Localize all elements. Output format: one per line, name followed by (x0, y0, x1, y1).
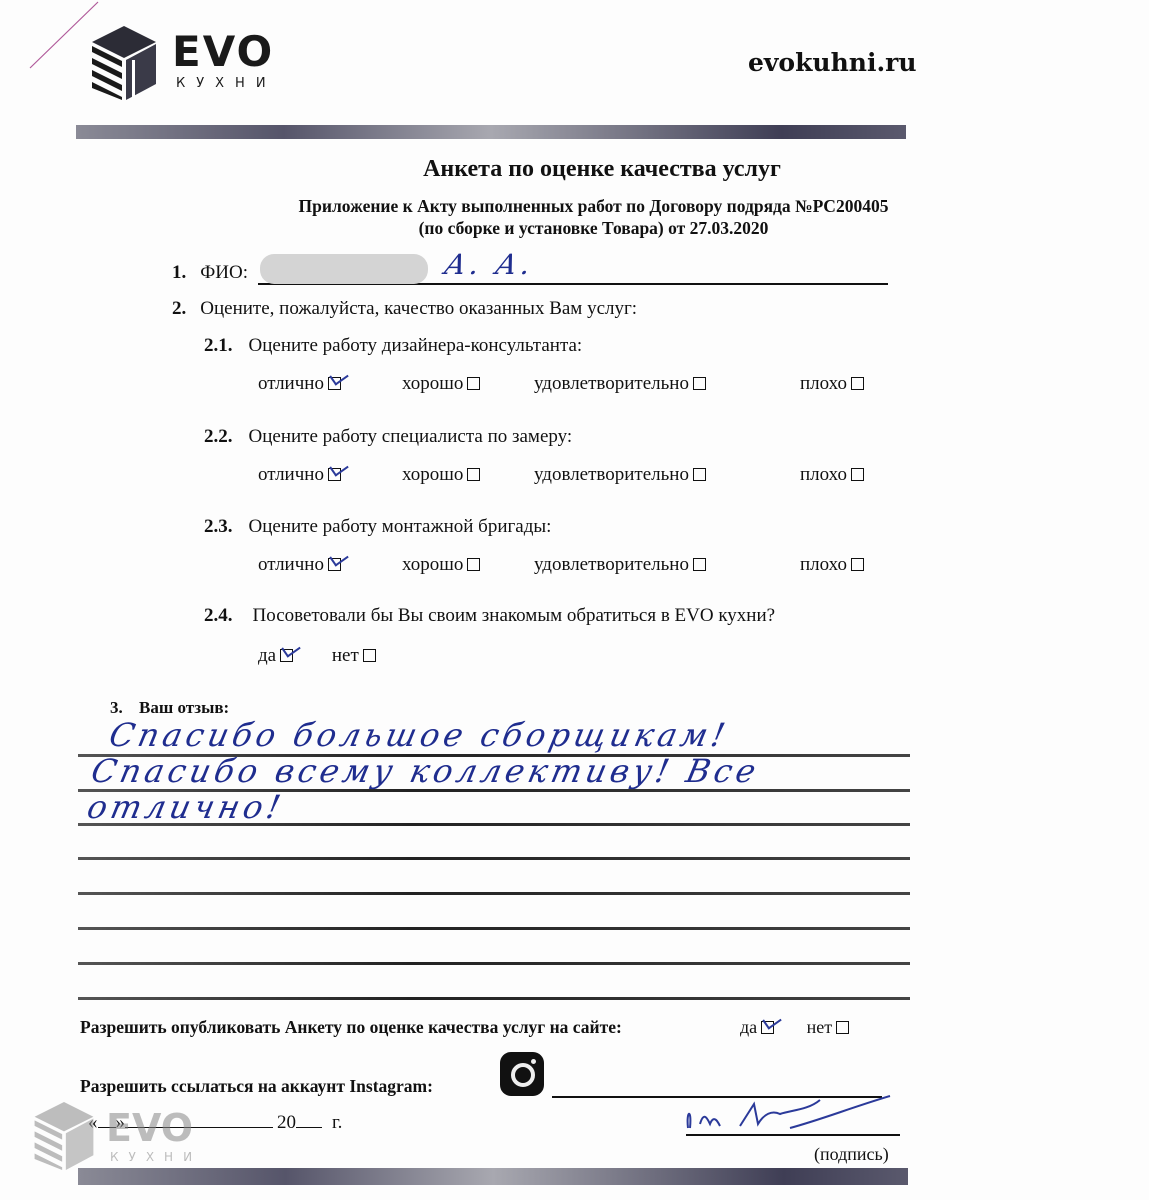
signature-caption: (подпись) (814, 1144, 889, 1165)
date-year-prefix: 20 (277, 1112, 296, 1133)
rating-question: 2.3.Оцените работу монтажной бригады: (204, 516, 551, 538)
question-label: Оцените работу монтажной бригады: (249, 516, 552, 537)
signature-handwritten[interactable] (680, 1090, 940, 1140)
question-number: 1. (172, 262, 186, 283)
option-label: плохо (800, 464, 847, 485)
question-number: 2.4. (204, 605, 233, 626)
instagram-icon (500, 1052, 544, 1096)
review-line (78, 997, 910, 1000)
rating-checkbox[interactable] (467, 558, 480, 571)
question-number: 3. (110, 698, 123, 717)
rating-option[interactable]: удовлетворительно (534, 373, 706, 395)
option-label: хорошо (402, 554, 463, 575)
question-label: Оцените работу специалиста по замеру: (249, 426, 573, 447)
rating-option[interactable]: хорошо (402, 554, 480, 576)
option-label: отлично (258, 373, 324, 394)
question-number: 2. (172, 298, 186, 319)
rating-checkbox[interactable] (851, 377, 864, 390)
review-line (78, 857, 910, 860)
review-line (78, 927, 910, 930)
option-label: нет (807, 1017, 833, 1037)
rating-option[interactable]: хорошо (402, 464, 480, 486)
option-label: отлично (258, 464, 324, 485)
option-label: отлично (258, 554, 324, 575)
rating-checkbox[interactable] (328, 558, 341, 571)
question-label: Ваш отзыв: (139, 698, 229, 717)
rating-checkbox[interactable] (693, 558, 706, 571)
cube-logo-icon (92, 26, 156, 100)
question-label: Оцените, пожалуйста, качество оказанных … (200, 298, 637, 319)
rating-question: 2.1.Оцените работу дизайнера-консультант… (204, 335, 582, 357)
logo-text: EVO (172, 30, 274, 74)
option-label: удовлетворительно (534, 464, 689, 485)
review-handwritten-line[interactable]: Спасибо большое сборщикам! (106, 716, 732, 754)
watermark-subtext: КУХНИ (110, 1150, 202, 1164)
rating-checkbox[interactable] (693, 377, 706, 390)
option-no[interactable]: нет (332, 645, 376, 666)
date-year-suffix: г. (332, 1112, 342, 1133)
rating-option[interactable]: отлично (258, 464, 341, 486)
question-number: 2.3. (204, 516, 233, 537)
form-title: Анкета по оценке качества услуг (0, 156, 1149, 183)
question-2-4: 2.4. Посоветовали бы Вы своим знакомым о… (204, 605, 775, 627)
rating-checkbox[interactable] (467, 377, 480, 390)
review-handwritten-line[interactable]: Спасибо всему коллективу! Все (88, 752, 763, 790)
rating-option[interactable]: плохо (800, 373, 864, 395)
checkbox-no[interactable] (363, 649, 376, 662)
option-label: да (258, 645, 276, 666)
fio-handwritten-value[interactable]: А. А. (441, 248, 537, 281)
brand-logo: EVO КУХНИ (92, 22, 292, 102)
rating-checkbox[interactable] (693, 468, 706, 481)
review-handwritten-line[interactable]: отлично! (84, 788, 288, 826)
rating-option[interactable]: плохо (800, 464, 864, 486)
question-number: 2.2. (204, 426, 233, 447)
recommend-options: да нет (258, 645, 376, 667)
rating-option[interactable]: удовлетворительно (534, 554, 706, 576)
option-label: да (740, 1017, 757, 1037)
cube-watermark-icon (34, 1102, 94, 1170)
redacted-name (260, 254, 428, 284)
publish-consent-label: Разрешить опубликовать Анкету по оценке … (80, 1017, 622, 1038)
form-subtitle-line1: Приложение к Акту выполненных работ по Д… (0, 196, 1149, 217)
header-divider (76, 125, 906, 139)
watermark-logo: EVO КУХНИ (34, 1102, 214, 1170)
question-label: Оцените работу дизайнера-консультанта: (249, 335, 583, 356)
footer-divider (78, 1168, 908, 1185)
option-yes[interactable]: да (258, 645, 293, 666)
option-label: удовлетворительно (534, 373, 689, 394)
review-line (78, 892, 910, 895)
logo-subtext: КУХНИ (176, 76, 277, 91)
publish-no[interactable]: нет (807, 1017, 850, 1037)
question-3: 3. Ваш отзыв: (110, 698, 229, 718)
option-label: нет (332, 645, 359, 666)
option-label: удовлетворительно (534, 554, 689, 575)
question-label: Посоветовали бы Вы своим знакомым обрати… (253, 605, 776, 626)
checkbox-publish-no[interactable] (836, 1021, 849, 1034)
website-url: evokuhni.ru (748, 48, 917, 77)
signature-line (686, 1134, 900, 1136)
option-label: хорошо (402, 373, 463, 394)
rating-checkbox[interactable] (328, 468, 341, 481)
option-label: плохо (800, 554, 847, 575)
rating-option[interactable]: удовлетворительно (534, 464, 706, 486)
question-label: ФИО: (200, 262, 248, 283)
option-label: плохо (800, 373, 847, 394)
rating-checkbox[interactable] (328, 377, 341, 390)
publish-yes[interactable]: да (740, 1017, 774, 1037)
rating-option[interactable]: плохо (800, 554, 864, 576)
review-line (78, 962, 910, 965)
rating-option[interactable]: отлично (258, 373, 341, 395)
form-subtitle-line2: (по сборке и установке Товара) от 27.03.… (0, 218, 1149, 239)
checkbox-yes[interactable] (280, 649, 293, 662)
rating-checkbox[interactable] (851, 468, 864, 481)
question-1: 1. ФИО: (172, 262, 248, 284)
checkbox-publish-yes[interactable] (761, 1021, 774, 1034)
rating-checkbox[interactable] (467, 468, 480, 481)
publish-options: да нет (740, 1017, 849, 1038)
rating-option[interactable]: хорошо (402, 373, 480, 395)
option-label: хорошо (402, 464, 463, 485)
watermark-text: EVO (106, 1106, 193, 1150)
question-2: 2. Оцените, пожалуйста, качество оказанн… (172, 298, 637, 320)
question-number: 2.1. (204, 335, 233, 356)
rating-option[interactable]: отлично (258, 554, 341, 576)
instagram-consent-label: Разрешить ссылаться на аккаунт Instagram… (80, 1076, 433, 1097)
rating-checkbox[interactable] (851, 558, 864, 571)
rating-question: 2.2.Оцените работу специалиста по замеру… (204, 426, 572, 448)
